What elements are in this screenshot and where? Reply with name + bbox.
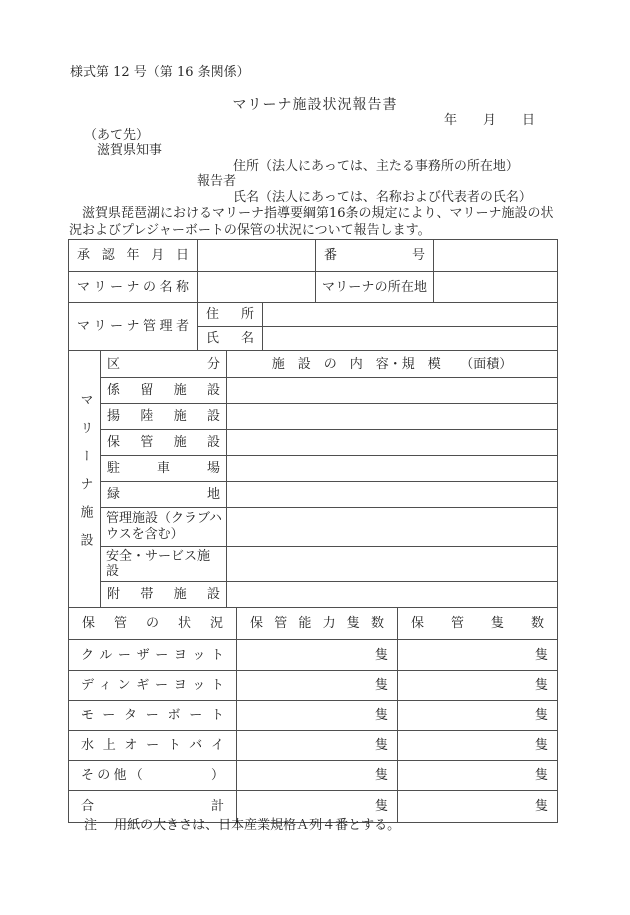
storage-row-label: クルーザーヨット xyxy=(69,640,237,671)
storage-row-label: モーターボート xyxy=(69,701,237,731)
body-paragraph: 滋賀県琵琶湖におけるマリーナ指導要綱第16条の規定により、マリーナ施設の状況およ… xyxy=(69,206,562,239)
storage-header-status: 保管の状況 xyxy=(69,608,237,640)
count-unit-cell: 隻 xyxy=(398,640,558,671)
number-value xyxy=(434,240,558,272)
marina-name-label: マリーナの名称 xyxy=(69,272,198,303)
approval-date-label: 承認年月日 xyxy=(69,240,198,272)
manager-name-label: 氏名 xyxy=(198,327,263,351)
count-unit-cell: 隻 xyxy=(398,791,558,823)
info-table: 承認年月日 番号 マリーナの名称 マリーナの所在地 マリーナ管理者 住所 氏名 xyxy=(68,239,558,351)
facility-row-value xyxy=(227,430,558,456)
document-page: 様式第 12 号（第 16 条関係） マリーナ施設状況報告書 年 月 日 （あて… xyxy=(0,0,630,915)
date-line: 年 月 日 xyxy=(0,113,535,129)
facility-row-label: 管理施設（クラブハウスを含む） xyxy=(101,508,227,547)
marina-location-value xyxy=(434,272,558,303)
facility-side-label: マリーナ施設 xyxy=(69,351,101,608)
page-note: 注 用紙の大きさは、日本産業規格Ａ列４番とする。 xyxy=(84,818,400,834)
reporter-name-label: 氏名（法人にあっては、名称および代表者の氏名） xyxy=(233,190,532,206)
manager-address-value xyxy=(263,303,558,327)
facility-row-label: 附帯施設 xyxy=(101,582,227,608)
capacity-unit-cell: 隻 xyxy=(237,671,398,701)
form-tables: 承認年月日 番号 マリーナの名称 マリーナの所在地 マリーナ管理者 住所 氏名 xyxy=(68,239,557,823)
number-label: 番号 xyxy=(316,240,434,272)
facility-row-value xyxy=(227,404,558,430)
detail-header: 施 設 の 内 容・規 模 （面積） xyxy=(227,351,558,378)
facility-row-value xyxy=(227,456,558,482)
marina-manager-label: マリーナ管理者 xyxy=(69,303,198,351)
facility-row-label: 揚陸施設 xyxy=(101,404,227,430)
facility-row-label: 係留施設 xyxy=(101,378,227,404)
category-header: 区分 xyxy=(101,351,227,378)
facility-row-label: 安全・サービス施設 xyxy=(101,547,227,582)
storage-header-count: 保管隻数 xyxy=(398,608,558,640)
marina-name-value xyxy=(198,272,316,303)
count-unit-cell: 隻 xyxy=(398,701,558,731)
capacity-unit-cell: 隻 xyxy=(237,731,398,761)
facility-row-label: 駐車場 xyxy=(101,456,227,482)
reporter-label: 報告者 xyxy=(197,174,236,190)
facility-row-value xyxy=(227,582,558,608)
capacity-unit-cell: 隻 xyxy=(237,640,398,671)
addressee-label: （あて先） xyxy=(84,128,149,144)
vertical-side-text: マリーナ施設 xyxy=(70,393,100,561)
facility-row-value xyxy=(227,378,558,404)
form-number: 様式第 12 号（第 16 条関係） xyxy=(70,65,250,81)
manager-address-label: 住所 xyxy=(198,303,263,327)
facility-row-value xyxy=(227,508,558,547)
capacity-unit-cell: 隻 xyxy=(237,701,398,731)
page-title: マリーナ施設状況報告書 xyxy=(0,97,630,113)
facility-row-value xyxy=(227,547,558,582)
facility-table: マリーナ施設 区分 施 設 の 内 容・規 模 （面積） 係留施設 揚陸施設 保… xyxy=(68,350,558,608)
approval-date-value xyxy=(198,240,316,272)
facility-row-label: 保管施設 xyxy=(101,430,227,456)
storage-row-label: 水上オートバイ xyxy=(69,731,237,761)
storage-header-capacity: 保管能力隻数 xyxy=(237,608,398,640)
count-unit-cell: 隻 xyxy=(398,761,558,791)
addressee-name: 滋賀県知事 xyxy=(97,143,162,159)
facility-row-label: 緑地 xyxy=(101,482,227,508)
count-unit-cell: 隻 xyxy=(398,671,558,701)
manager-name-value xyxy=(263,327,558,351)
reporter-address-label: 住所（法人にあっては、主たる事務所の所在地） xyxy=(233,159,519,175)
facility-row-value xyxy=(227,482,558,508)
storage-table: 保管の状況 保管能力隻数 保管隻数 クルーザーヨット 隻 隻 ディンギーヨット … xyxy=(68,607,558,823)
count-unit-cell: 隻 xyxy=(398,731,558,761)
storage-row-label: その他（ ） xyxy=(69,761,237,791)
storage-row-label: ディンギーヨット xyxy=(69,671,237,701)
marina-location-label: マリーナの所在地 xyxy=(316,272,434,303)
capacity-unit-cell: 隻 xyxy=(237,761,398,791)
